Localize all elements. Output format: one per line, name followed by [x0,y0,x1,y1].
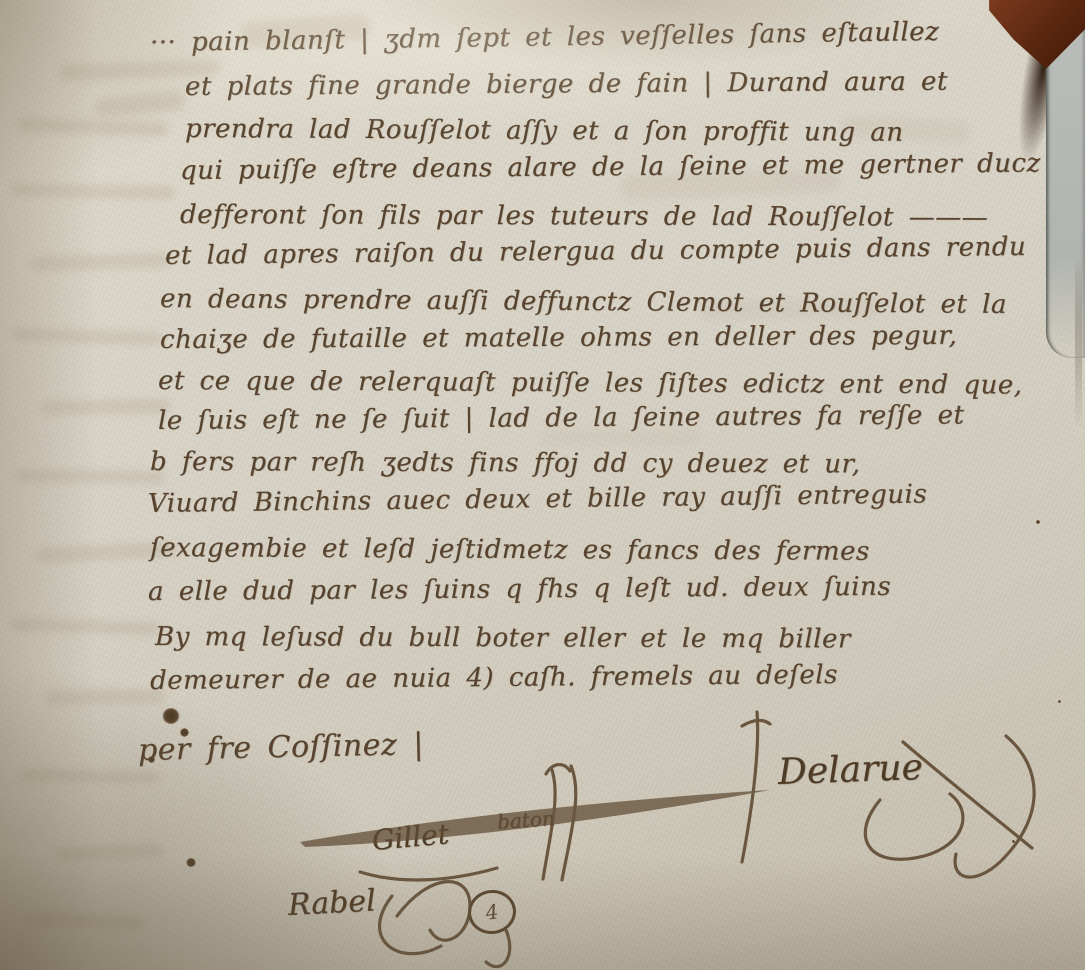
manuscript-line: demeurer de ae nuia 4) caſh. fremels au … [150,660,838,696]
manuscript-photo: ··· pain blanſt | ʒdm ſept et les veſſel… [0,0,1085,970]
signature-gillet: Gillet [371,817,451,857]
showthrough-mark [45,689,165,705]
manuscript-line: le ſuis eſt ne ſe ſuit | lad de la ſeine… [158,400,965,436]
signature-gillet-note: baton [496,806,555,834]
manuscript-line: a elle dud par les ſuins q fhs q leſt ud… [148,572,891,607]
showthrough-mark [15,469,165,485]
manuscript-line: et ce que de relerquaſt puiſſe les ſiſte… [158,366,1023,401]
manuscript-line: et plats fine grande bierge de fain | Du… [185,67,948,102]
ink-speck [1036,520,1040,524]
showthrough-mark [20,769,160,784]
signature-delarue: Delarue [777,747,923,793]
ink-blot [162,708,180,724]
manuscript-line: b fers par reſh ʒedts fins ffoj dd cy de… [150,447,861,479]
manuscript-line: chaiʒe de futaille et matelle ohms en de… [160,321,957,355]
manuscript-line: defferont ſon fils par les tuteurs de la… [180,200,988,233]
showthrough-mark [40,399,170,415]
ink-blot [148,756,155,763]
manuscript-line: prendra lad Rouſſelot aſſy et a ſon prof… [185,114,904,148]
ink-speck [1012,840,1015,843]
manuscript-line: By mq leſusd du bull boter eller et le m… [155,622,851,654]
ink-blot [180,728,189,737]
signature-rabel: Rabel [287,883,376,923]
ink-blot [186,858,196,867]
ink-speck [1058,700,1061,703]
manuscript-line: en deans prendre auſſi deffunctz Clemot … [160,284,1007,320]
manuscript-line: ſexagembie et leſd jeſtidmetz es fancs d… [150,533,870,567]
